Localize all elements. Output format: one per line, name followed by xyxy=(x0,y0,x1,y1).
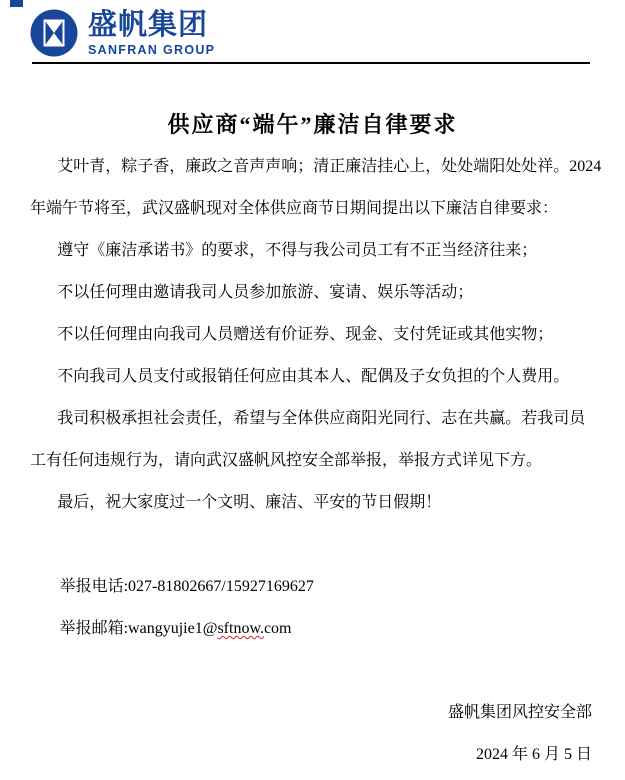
paragraph: 最后，祝大家度过一个文明、廉洁、平安的节日假期！ xyxy=(30,482,592,524)
body-line: 不向我司人员支付或报销任何应由其本人、配偶及子女负担的个人费用。 xyxy=(30,356,592,398)
header-divider xyxy=(32,62,590,64)
blank-line xyxy=(30,650,592,692)
brand-name-cn: 盛帆集团 xyxy=(88,10,215,41)
report-phone-line: 举报电话:027-81802667/15927169627 xyxy=(30,566,592,608)
paragraph: 不以任何理由邀请我司人员参加旅游、宴请、娱乐等活动； xyxy=(30,272,592,314)
paragraph: 遵守《廉洁承诺书》的要求，不得与我公司员工有不正当经济往来； xyxy=(30,230,592,272)
body-line: 艾叶青，粽子香，廉政之音声声响；清正廉洁挂心上，处处端阳处处祥。2024 xyxy=(30,146,592,188)
paragraphs: 艾叶青，粽子香，廉政之音声声响；清正廉洁挂心上，处处端阳处处祥。2024年端午节… xyxy=(30,146,592,524)
brand-block: 盛帆集团 SANFRAN GROUP xyxy=(88,10,215,57)
blank-line xyxy=(30,524,592,566)
report-email-user: wangyujie1@ xyxy=(128,620,217,637)
report-phone-value: 027-81802667/15927169627 xyxy=(128,578,314,595)
body-line: 遵守《廉洁承诺书》的要求，不得与我公司员工有不正当经济往来； xyxy=(30,230,592,272)
body-line: 不以任何理由向我司人员赠送有价证券、现金、支付凭证或其他实物； xyxy=(30,314,592,356)
body-line: 不以任何理由邀请我司人员参加旅游、宴请、娱乐等活动； xyxy=(30,272,592,314)
report-email-domain-flagged: sftnow. xyxy=(217,620,264,637)
paragraph: 我司积极承担社会责任，希望与全体供应商阳光同行、志在共赢。若我司员工有任何违规行… xyxy=(30,398,592,482)
body-line: 我司积极承担社会责任，希望与全体供应商阳光同行、志在共赢。若我司员 xyxy=(30,398,592,440)
brand-name-en: SANFRAN GROUP xyxy=(88,43,215,57)
report-phone-label: 举报电话: xyxy=(60,578,128,595)
body-line: 年端午节将至，武汉盛帆现对全体供应商节日期间提出以下廉洁自律要求： xyxy=(30,188,592,230)
body-line: 最后，祝大家度过一个文明、廉洁、平安的节日假期！ xyxy=(30,482,592,524)
report-email-line: 举报邮箱:wangyujie1@sftnow.com xyxy=(30,608,592,650)
signature-date: 2024 年 6 月 5 日 xyxy=(30,734,592,776)
paragraph: 不向我司人员支付或报销任何应由其本人、配偶及子女负担的个人费用。 xyxy=(30,356,592,398)
signature-department: 盛帆集团风控安全部 xyxy=(30,692,592,734)
report-email-tld: com xyxy=(264,620,292,637)
document-body: 艾叶青，粽子香，廉政之音声声响；清正廉洁挂心上，处处端阳处处祥。2024年端午节… xyxy=(30,146,592,776)
paragraph: 不以任何理由向我司人员赠送有价证券、现金、支付凭证或其他实物； xyxy=(30,314,592,356)
report-email-label: 举报邮箱: xyxy=(60,620,128,637)
paragraph: 艾叶青，粽子香，廉政之音声声响；清正廉洁挂心上，处处端阳处处祥。2024年端午节… xyxy=(30,146,592,230)
signature-block: 盛帆集团风控安全部 2024 年 6 月 5 日 xyxy=(30,692,592,776)
corner-mark xyxy=(10,0,23,7)
page-title: 供应商“端午”廉洁自律要求 xyxy=(0,104,625,146)
document-page: 盛帆集团 SANFRAN GROUP 供应商“端午”廉洁自律要求 艾叶青，粽子香… xyxy=(0,0,625,780)
company-logo-icon xyxy=(30,9,78,57)
body-line: 工有任何违规行为，请向武汉盛帆风控安全部举报，举报方式详见下方。 xyxy=(30,440,592,482)
